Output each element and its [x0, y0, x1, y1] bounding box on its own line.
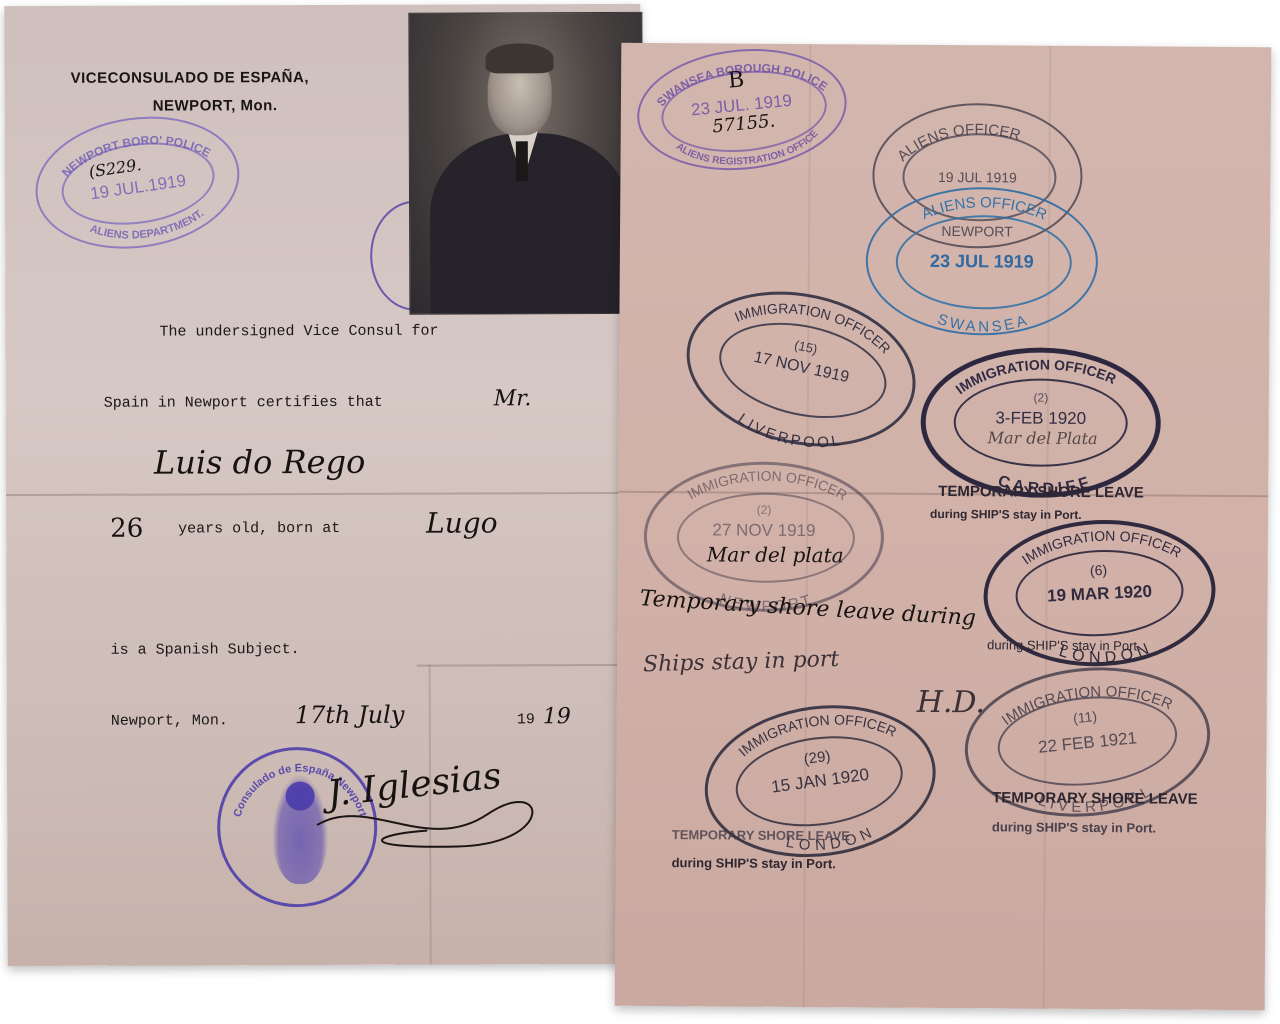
shore-leave-label: TEMPORARY SHORE LEAVE — [672, 827, 850, 843]
shore-leave-label: TEMPORARY SHORE LEAVE — [992, 789, 1198, 807]
swansea-police-stamp: SWANSEA BOROUGH POLICE ALIENS REGISTRATI… — [632, 40, 853, 180]
handwritten-birthplace: Lugo — [426, 506, 498, 539]
year-typed: 19 — [517, 711, 535, 728]
stamp-handwritten-port: Mar del plata — [707, 542, 844, 567]
handwritten-age: 26 — [110, 514, 143, 544]
stamp-date: 27 NOV 1919 — [647, 520, 881, 542]
svg-text:SWANSEA: SWANSEA — [935, 311, 1031, 336]
stamp-number: (2) — [647, 502, 881, 518]
handwritten-note-line2: Ships stay in port — [643, 647, 840, 677]
shore-leave-sublabel: during SHIP'S stay in Port. — [930, 507, 1082, 522]
newport-police-stamp: NEWPORT BORO' POLICE ALIENS DEPARTMENT. … — [27, 104, 248, 262]
consulate-header: VICECONSULADO DE ESPAÑA, — [71, 69, 309, 87]
portrait-photo — [408, 12, 643, 315]
stamp-date: 3-FEB 1920 — [926, 408, 1156, 430]
shore-leave-sublabel: during SHIP'S stay in Port. — [992, 819, 1156, 835]
certificate-line-5: is a Spanish Subject. — [111, 641, 300, 659]
year-handwritten: 19 — [543, 704, 571, 729]
svg-text:ALIENS OFFICER: ALIENS OFFICER — [919, 194, 1049, 224]
certificate-line-2: Spain in Newport certifies that — [104, 394, 383, 412]
left-page-certificate: VICECONSULADO DE ESPAÑA, NEWPORT, Mon. N… — [4, 4, 643, 966]
stamp-number: (2) — [926, 390, 1156, 406]
svg-text:LIVERPOOL: LIVERPOOL — [732, 409, 847, 460]
shore-leave-sublabel: during SHIP'S stay in Port. — [987, 637, 1141, 653]
stamp-date: 23 JUL 1919 — [868, 250, 1096, 273]
certificate-line-4: years old, born at — [178, 520, 340, 538]
handwritten-title: Mr. — [494, 386, 532, 411]
svg-text:IMMIGRATION OFFICER: IMMIGRATION OFFICER — [684, 467, 850, 503]
shore-leave-label: TEMPORARY SHORE LEAVE — [938, 483, 1144, 501]
fold-crease — [6, 492, 642, 496]
right-page-stamps: SWANSEA BOROUGH POLICE ALIENS REGISTRATI… — [615, 43, 1272, 1011]
stamp-letter: B — [727, 67, 746, 93]
stamp-date: 19 JUL 1919 — [874, 169, 1080, 186]
fold-crease — [417, 664, 643, 667]
handwritten-date: 17th July — [295, 701, 405, 729]
certificate-line-1: The undersigned Vice Consul for — [159, 323, 438, 341]
signature-flourish — [307, 784, 567, 865]
svg-text:ALIENS REGISTRATION OFFICE: ALIENS REGISTRATION OFFICE — [673, 127, 823, 174]
svg-text:ALIENS DEPARTMENT.: ALIENS DEPARTMENT. — [87, 207, 209, 249]
certificate-place: Newport, Mon. — [111, 712, 228, 729]
stamp-handwritten-port: Mar del Plata — [988, 428, 1098, 448]
aliens-officer-swansea-stamp: ALIENS OFFICER SWANSEA 23 JUL 1919 — [865, 186, 1098, 336]
immigration-london-29-stamp: IMMIGRATION OFFICER LONDON (29) 15 JAN 1… — [695, 691, 945, 870]
handwritten-name: Luis do Rego — [154, 443, 366, 482]
shore-leave-sublabel: during SHIP'S stay in Port. — [672, 855, 836, 871]
svg-text:ALIENS OFFICER: ALIENS OFFICER — [894, 121, 1023, 166]
immigration-cardiff-stamp: IMMIGRATION OFFICER CARDIFF (2) 3-FEB 19… — [920, 347, 1161, 499]
